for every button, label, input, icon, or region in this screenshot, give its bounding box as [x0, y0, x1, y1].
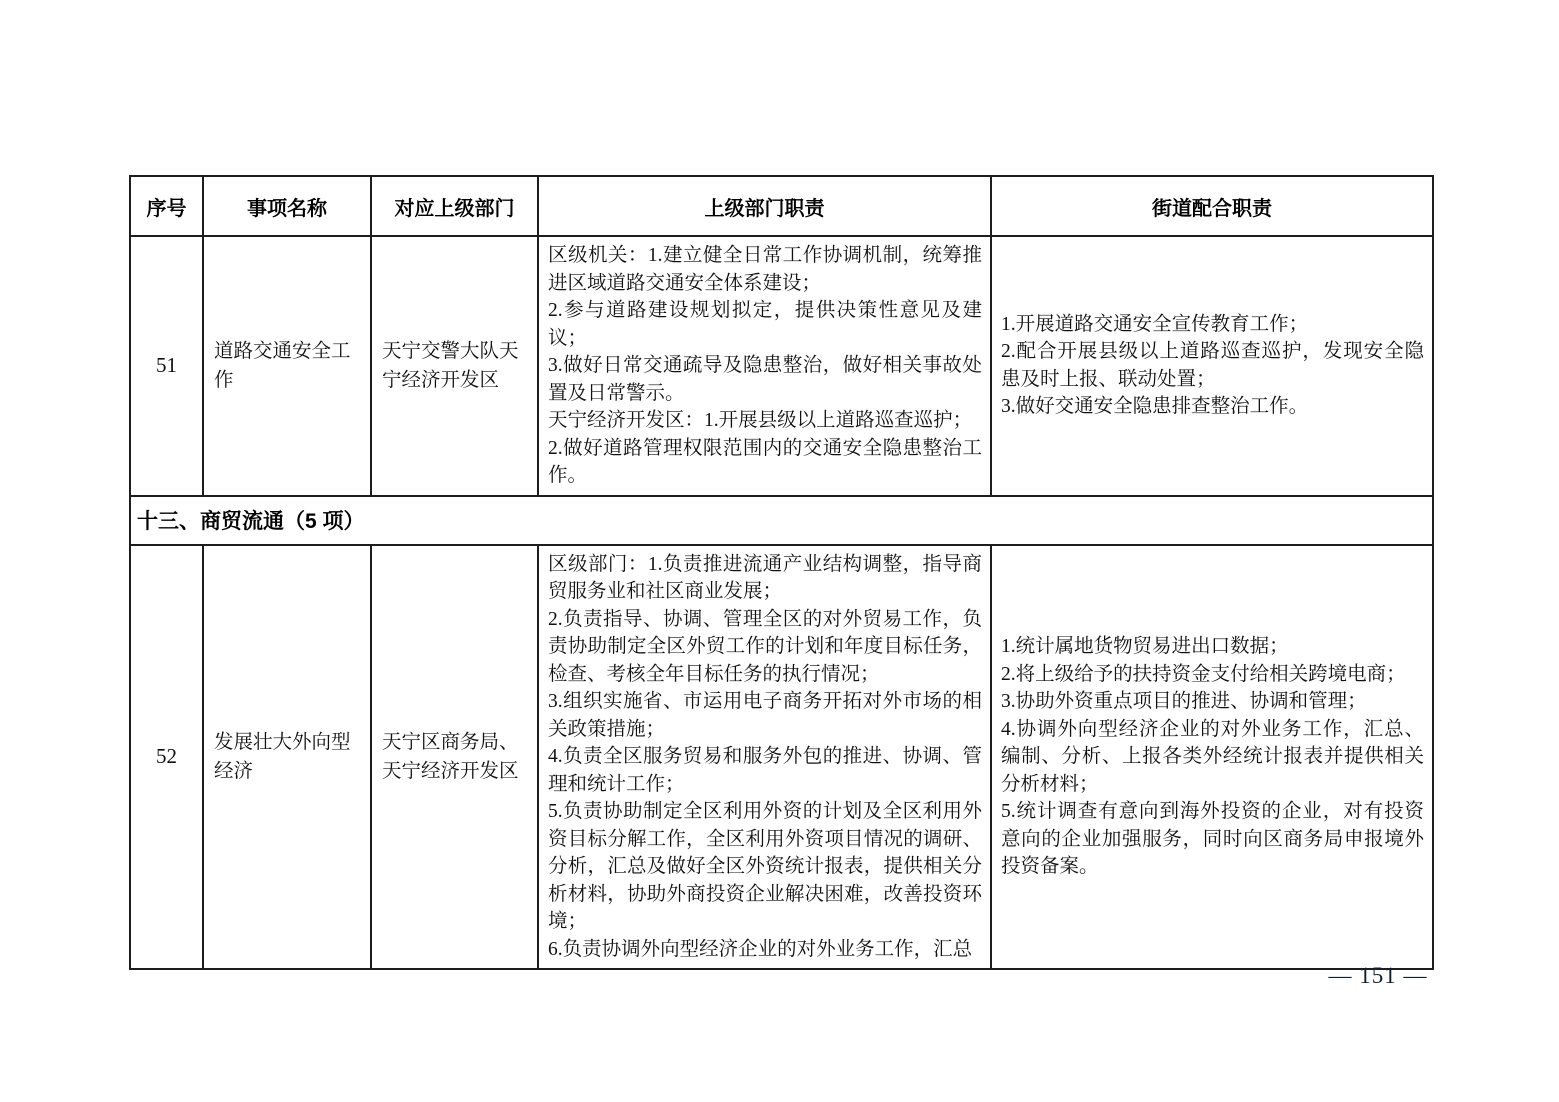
- duty-item: 3.做好日常交通疏导及隐患整治，做好相关事故处置及日常警示。: [548, 352, 982, 407]
- row-51-superior-department: 天宁交警大队天宁经济开发区: [371, 236, 538, 496]
- table-header-row: 序号 事项名称 对应上级部门 上级部门职责 街道配合职责: [130, 176, 1433, 236]
- duty-item: 2.参与道路建设规划拟定，提供决策性意见及建议；: [548, 297, 982, 352]
- row-52-superior-duties: 区级部门：1.负责推进流通产业结构调整，指导商贸服务业和社区商业发展；2.负责指…: [538, 545, 991, 970]
- row-51-seq: 51: [130, 236, 203, 496]
- row-51-street-duties: 1.开展道路交通安全宣传教育工作；2.配合开展县级以上道路巡查巡护，发现安全隐患…: [991, 236, 1433, 496]
- duty-item: 天宁经济开发区：1.开展县级以上道路巡查巡护；: [548, 407, 982, 435]
- row-52-item-name: 发展壮大外向型经济: [203, 545, 371, 970]
- duty-item: 4.负责全区服务贸易和服务外包的推进、协调、管理和统计工作；: [548, 743, 982, 798]
- row-52-superior-department: 天宁区商务局、天宁经济开发区: [371, 545, 538, 970]
- col-header-street-duties: 街道配合职责: [991, 176, 1433, 236]
- duty-item: 2.负责指导、协调、管理全区的对外贸易工作，负责协助制定全区外贸工作的计划和年度…: [548, 606, 982, 689]
- duty-item: 4.协调外向型经济企业的对外业务工作，汇总、编制、分析、上报各类外经统计报表并提…: [1001, 716, 1424, 799]
- col-header-seq: 序号: [130, 176, 203, 236]
- duty-item: 6.负责协调外向型经济企业的对外业务工作，汇总: [548, 936, 982, 964]
- page-number: — 151 —: [1318, 963, 1438, 989]
- section-header: 十三、商贸流通（5 项）: [130, 496, 1433, 545]
- table-row: 52 发展壮大外向型经济 天宁区商务局、天宁经济开发区 区级部门：1.负责推进流…: [130, 545, 1433, 970]
- duty-item: 2.将上级给予的扶持资金支付给相关跨境电商；: [1001, 661, 1424, 689]
- duty-item: 3.组织实施省、市运用电子商务开拓对外市场的相关政策措施；: [548, 688, 982, 743]
- row-52-street-duties: 1.统计属地货物贸易进出口数据；2.将上级给予的扶持资金支付给相关跨境电商；3.…: [991, 545, 1433, 970]
- duty-item: 区级机关：1.建立健全日常工作协调机制，统筹推进区域道路交通安全体系建设；: [548, 242, 982, 297]
- duty-item: 3.做好交通安全隐患排查整治工作。: [1001, 393, 1424, 421]
- row-51-superior-duties: 区级机关：1.建立健全日常工作协调机制，统筹推进区域道路交通安全体系建设；2.参…: [538, 236, 991, 496]
- duty-item: 5.负责协助制定全区利用外资的计划及全区利用外资目标分解工作，全区利用外资项目情…: [548, 798, 982, 936]
- duty-item: 1.开展道路交通安全宣传教育工作；: [1001, 311, 1424, 339]
- row-51-item-name: 道路交通安全工作: [203, 236, 371, 496]
- row-52-seq: 52: [130, 545, 203, 970]
- col-header-superior-duties: 上级部门职责: [538, 176, 991, 236]
- col-header-item-name: 事项名称: [203, 176, 371, 236]
- duty-item: 2.做好道路管理权限范围内的交通安全隐患整治工作。: [548, 435, 982, 490]
- duty-item: 2.配合开展县级以上道路巡查巡护，发现安全隐患及时上报、联动处置；: [1001, 338, 1424, 393]
- duty-item: 3.协助外资重点项目的推进、协调和管理；: [1001, 688, 1424, 716]
- duty-item: 1.统计属地货物贸易进出口数据；: [1001, 633, 1424, 661]
- document-page: 序号 事项名称 对应上级部门 上级部门职责 街道配合职责 51 道路交通安全工作…: [0, 0, 1559, 1102]
- table-row: 51 道路交通安全工作 天宁交警大队天宁经济开发区 区级机关：1.建立健全日常工…: [130, 236, 1433, 496]
- col-header-superior-department: 对应上级部门: [371, 176, 538, 236]
- duty-item: 区级部门：1.负责推进流通产业结构调整，指导商贸服务业和社区商业发展；: [548, 551, 982, 606]
- section-header-row: 十三、商贸流通（5 项）: [130, 496, 1433, 545]
- duties-table: 序号 事项名称 对应上级部门 上级部门职责 街道配合职责 51 道路交通安全工作…: [129, 175, 1434, 970]
- duty-item: 5.统计调查有意向到海外投资的企业，对有投资意向的企业加强服务，同时向区商务局申…: [1001, 798, 1424, 881]
